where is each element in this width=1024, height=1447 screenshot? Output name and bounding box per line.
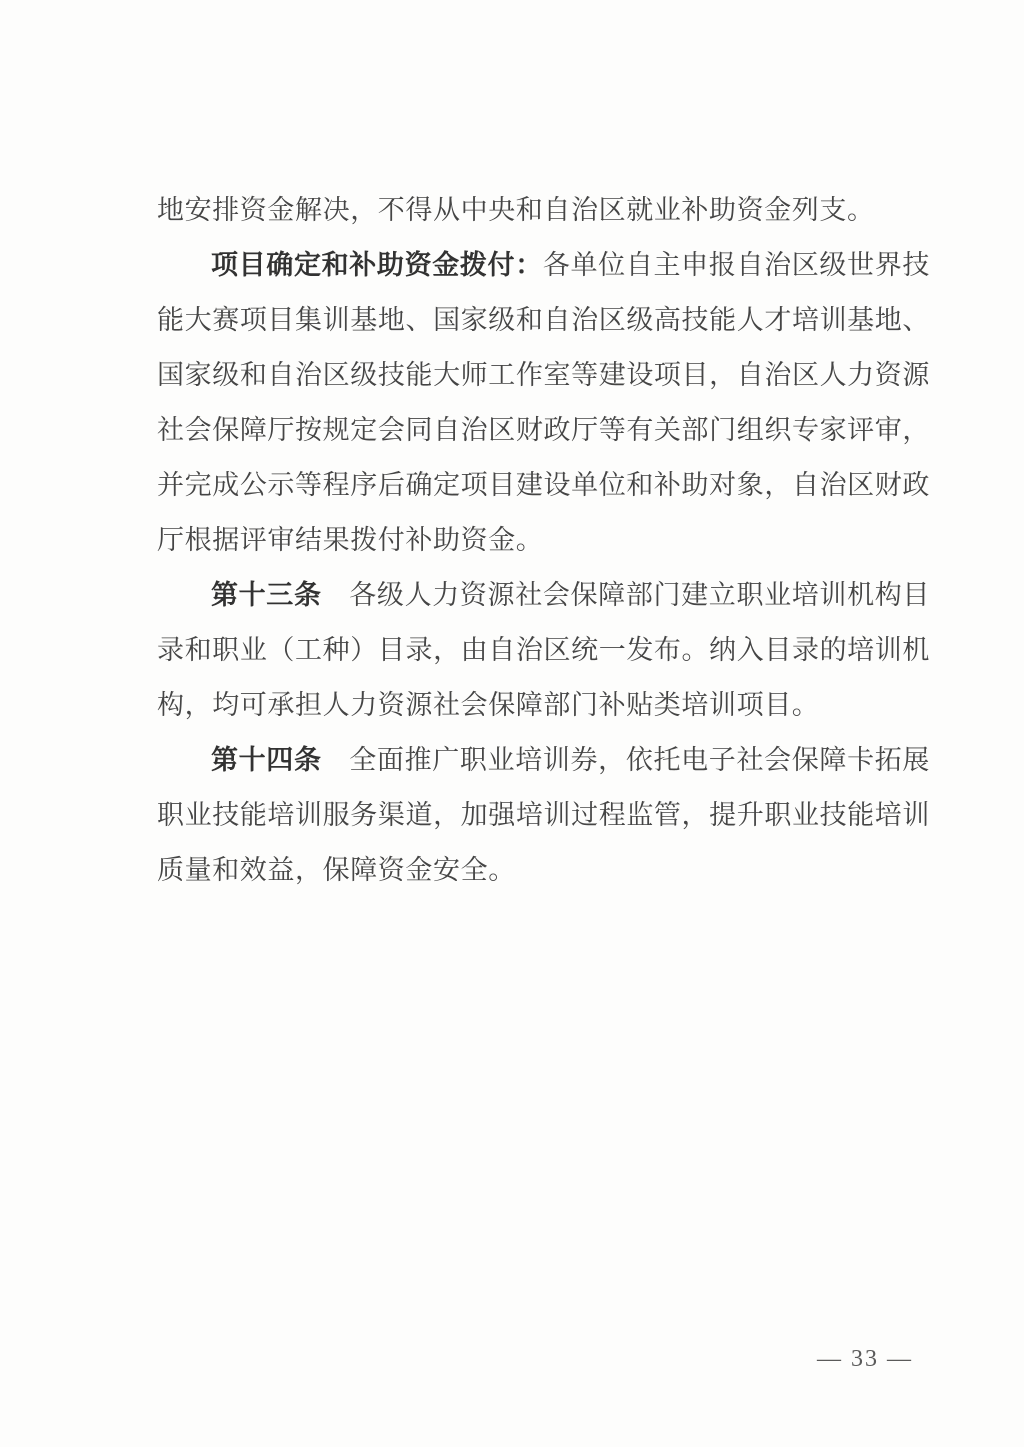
- text-line: 国家级和自治区级技能大师工作室等建设项目，自治区人力资源: [157, 348, 930, 403]
- page-number-label: — 33 —: [817, 1346, 913, 1372]
- text-line: 质量和效益，保障资金安全。: [157, 843, 930, 898]
- line-text: 厅根据评审结果拨付补助资金。: [157, 525, 543, 555]
- article-14-heading: 第十四条: [211, 745, 322, 775]
- text-line: 厅根据评审结果拨付补助资金。: [157, 513, 930, 568]
- text-line: 并完成公示等程序后确定项目建设单位和补助对象，自治区财政: [157, 458, 930, 513]
- scanned-document-page: 地安排资金解决，不得从中央和自治区就业补助资金列支。 项目确定和补助资金拨付：各…: [0, 0, 1024, 1447]
- body-text: 地安排资金解决，不得从中央和自治区就业补助资金列支。 项目确定和补助资金拨付：各…: [157, 183, 930, 898]
- line-text: 各级人力资源社会保障部门建立职业培训机构目: [322, 580, 930, 610]
- line-text: 地安排资金解决，不得从中央和自治区就业补助资金列支。: [157, 195, 875, 225]
- text-line: 地安排资金解决，不得从中央和自治区就业补助资金列支。: [157, 183, 930, 238]
- line-text: 职业技能培训服务渠道，加强培训过程监管，提升职业技能培训: [157, 800, 930, 830]
- line-text: 并完成公示等程序后确定项目建设单位和补助对象，自治区财政: [157, 470, 930, 500]
- article-13-heading: 第十三条: [211, 580, 322, 610]
- paragraph-lead-bold: 项目确定和补助资金拨付：: [211, 250, 543, 280]
- line-text: 质量和效益，保障资金安全。: [157, 855, 516, 885]
- text-line: 能大赛项目集训基地、国家级和自治区级高技能人才培训基地、: [157, 293, 930, 348]
- text-line: 第十四条 全面推广职业培训券，依托电子社会保障卡拓展: [157, 733, 930, 788]
- line-text: 国家级和自治区级技能大师工作室等建设项目，自治区人力资源: [157, 360, 930, 390]
- text-line: 项目确定和补助资金拨付：各单位自主申报自治区级世界技: [157, 238, 930, 293]
- line-text: 能大赛项目集训基地、国家级和自治区级高技能人才培训基地、: [157, 305, 930, 335]
- line-text: 全面推广职业培训券，依托电子社会保障卡拓展: [322, 745, 930, 775]
- line-text: 录和职业（工种）目录，由自治区统一发布。纳入目录的培训机: [157, 635, 930, 665]
- line-text: 各单位自主申报自治区级世界技: [543, 250, 930, 280]
- text-line: 录和职业（工种）目录，由自治区统一发布。纳入目录的培训机: [157, 623, 930, 678]
- text-line: 社会保障厅按规定会同自治区财政厅等有关部门组织专家评审，: [157, 403, 930, 458]
- line-text: 社会保障厅按规定会同自治区财政厅等有关部门组织专家评审，: [157, 415, 930, 445]
- page-number: — 33 —: [810, 1346, 920, 1373]
- text-line: 第十三条 各级人力资源社会保障部门建立职业培训机构目: [157, 568, 930, 623]
- text-line: 职业技能培训服务渠道，加强培训过程监管，提升职业技能培训: [157, 788, 930, 843]
- line-text: 构，均可承担人力资源社会保障部门补贴类培训项目。: [157, 690, 819, 720]
- text-line: 构，均可承担人力资源社会保障部门补贴类培训项目。: [157, 678, 930, 733]
